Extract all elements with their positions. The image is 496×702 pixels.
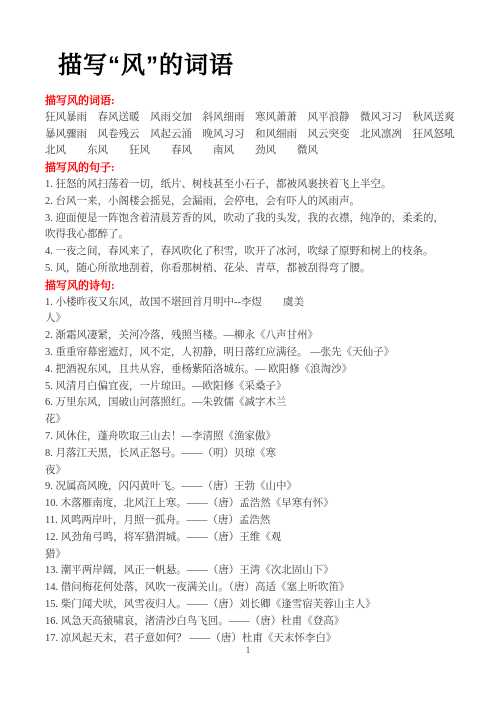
poem-item: 7. 风休住，蓬舟吹取三山去！—李清照《渔家傲》 — [45, 429, 456, 446]
sentence-item: 3. 迎面便是一阵饱含着清晨芳香的风，吹动了我的头发，我的衣襟，纯净的，柔柔的，… — [45, 211, 456, 245]
page-number: 1 — [0, 645, 496, 655]
poem-item: 9. 况属高风晚，闪闪黄叶飞。——（唐）王勃《山中》 — [45, 479, 456, 496]
document-page: 描写“风”的词语 描写风的词语: 狂风暴雨 春风送暖 风雨交加 斜风细雨 寒风萧… — [0, 0, 496, 702]
poem-item: 13. 潮平两岸阔，风正一帆悬。——（唐）王湾《次北固山下》 — [45, 563, 456, 580]
poem-item: 11. 风鸣两岸叶，月照一孤舟。——（唐）孟浩然 — [45, 513, 456, 530]
sentence-item: 1. 狂怒的风扫荡着一切，纸片、树枝甚至小石子，都被风裹挟着飞上半空。 — [45, 177, 456, 194]
sentences-section-heading: 描写风的句子: — [45, 160, 456, 177]
section-sentences: 描写风的句子: 1. 狂怒的风扫荡着一切，纸片、树枝甚至小石子，都被风裹挟着飞上… — [45, 160, 456, 278]
poem-item: 5. 风清月白偏宜夜，一片琼田。—欧阳修《采桑子》 — [45, 379, 456, 396]
sentence-item: 5. 风，随心所欲地刮着，你看那树梢、花朵、青草，都被刮得弯了腰。 — [45, 261, 456, 278]
poem-item: 14. 借问梅花何处落，风吹一夜满关山。（唐）高适《塞上听吹笛》 — [45, 580, 456, 597]
words-line: 北风 东风 狂风 春风 南风 劲风 微风 — [45, 143, 456, 160]
poems-section-heading: 描写风的诗句: — [45, 278, 456, 295]
poem-item: 10. 木落雁南度，北风江上寒。——（唐）孟浩然《早寒有怀》 — [45, 496, 456, 513]
poem-item: 3. 重重帘幕密遮灯，风不定，人初静，明日落红应满径。 —张先《天仙子》 — [45, 345, 456, 362]
poem-item: 8. 月落江天黑，长风正怒号。——（明）贝琼《寒 夜》 — [45, 446, 456, 480]
section-poems: 描写风的诗句: 1. 小楼昨夜又东风，故国不堪回首月明中--李煜 虞美 人》 2… — [45, 278, 456, 648]
poem-item: 2. 渐霜风凄紧，关河冷落，残照当楼。—柳永《八声甘州》 — [45, 328, 456, 345]
poem-item: 16. 风急天高猿啸哀，渚清沙白鸟飞回。——（唐）杜甫《登高》 — [45, 614, 456, 631]
words-line: 暴风骤雨 风卷残云 风起云涌 晚风习习 和风细雨 风云突变 北风凛冽 狂风怒吼 — [45, 127, 456, 144]
words-section-heading: 描写风的词语: — [45, 93, 456, 110]
sentence-item: 2. 台风一来，小阁楼会摇晃，会漏雨，会停电，会有吓人的风雨声。 — [45, 194, 456, 211]
poem-item: 6. 万里东风，国破山河落照红。—朱敦儒《减字木兰 花》 — [45, 395, 456, 429]
poem-item: 1. 小楼昨夜又东风，故国不堪回首月明中--李煜 虞美 人》 — [45, 295, 456, 329]
poem-item: 12. 风劲角弓鸣，将军猎渭城。——（唐）王维《观 猎》 — [45, 530, 456, 564]
sentence-item: 4. 一夜之间，春风来了，春风吹化了积雪，吹开了冰河，吹绿了原野和树上的枝条。 — [45, 244, 456, 261]
poem-item: 4. 把酒祝东风，且共从容，垂杨紫陌洛城东。— 欧阳修《浪淘沙》 — [45, 362, 456, 379]
page-title: 描写“风”的词语 — [58, 50, 456, 82]
poem-item: 15. 柴门闻犬吠，风雪夜归人。——（唐）刘长卿《逢雪宿芙蓉山主人》 — [45, 597, 456, 614]
section-words: 描写风的词语: 狂风暴雨 春风送暖 风雨交加 斜风细雨 寒风萧萧 风平浪静 微风… — [45, 93, 456, 160]
words-line: 狂风暴雨 春风送暖 风雨交加 斜风细雨 寒风萧萧 风平浪静 微风习习 秋风送爽 — [45, 110, 456, 127]
